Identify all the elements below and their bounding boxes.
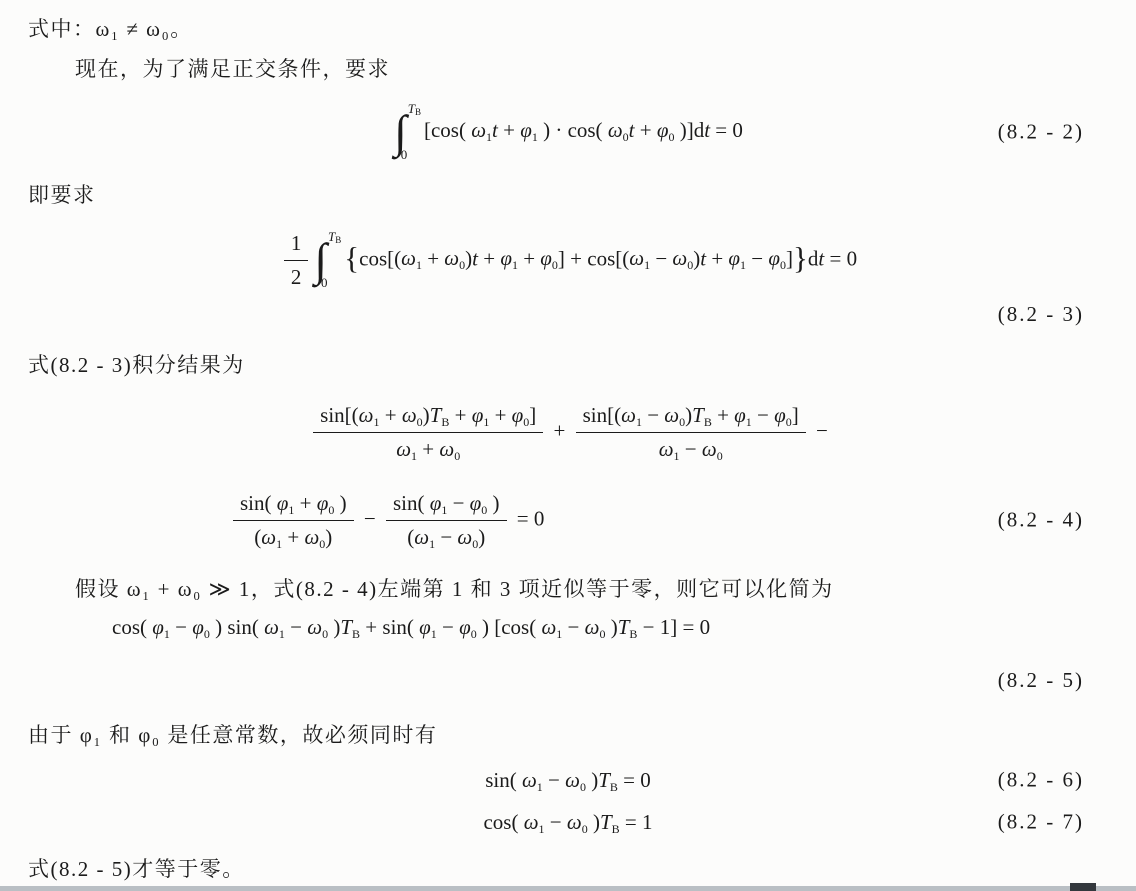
math-text: − <box>642 403 664 427</box>
math-text: ] <box>792 403 799 427</box>
math-text: ) <box>423 403 430 427</box>
math-variable-subscripted: φ0 <box>470 491 488 515</box>
math-variable-subscripted: φ1 <box>520 118 538 142</box>
math-variable-subscripted: ω0 <box>664 403 685 427</box>
math-text: = 0 <box>618 768 651 792</box>
math-variable-subscripted: φ1 <box>734 403 752 427</box>
equation-8-2-6: sin( ω1 − ω0 )TB = 0 <box>485 768 651 793</box>
math-text: ) <box>605 615 617 639</box>
math-variable-subscripted: ω0 <box>444 246 465 270</box>
math-text: = 0 <box>824 246 857 270</box>
math-text: 1 <box>291 231 302 255</box>
math-variable-subscripted: φ0 <box>459 615 477 639</box>
math-variable-subscripted: TB <box>600 810 620 834</box>
math-text: cos( <box>483 810 523 834</box>
math-text: + <box>712 403 734 427</box>
math-variable-subscripted: TB <box>618 615 638 639</box>
math-variable-subscripted: φ1 <box>500 246 518 270</box>
math-text: 0 <box>401 147 408 162</box>
equation-row-8-2-2: ∫TB0[cos( ω1t + φ1 ) · cos( ω0t + φ0 )]d… <box>0 96 1136 168</box>
math-text: ) <box>586 768 598 792</box>
math-variable-subscripted: φ1 <box>277 491 295 515</box>
math-variable-subscripted: ω1 <box>541 615 562 639</box>
math-text: + <box>282 525 304 549</box>
math-variable-subscripted: φ0 <box>657 118 675 142</box>
math-variable-subscripted: ω1 <box>359 403 380 427</box>
math-variable-subscripted: TB <box>408 101 421 116</box>
math-variable-subscripted: ω1 <box>401 246 422 270</box>
math-text: ) <box>334 491 346 515</box>
paragraph-where-clause: 式中：ω₁ ≠ ω₀。 <box>28 14 1136 44</box>
equation-8-2-3: 12∫TB0{cos[(ω1 + ω0)t + φ1 + φ0] + cos[(… <box>279 231 857 290</box>
math-text: cos( <box>112 615 152 639</box>
math-variable-subscripted: ω0 <box>307 615 328 639</box>
equation-row-8-2-4-line1: sin[(ω1 + ω0)TB + φ1 + φ0]ω1 + ω0 + sin[… <box>0 390 1136 474</box>
math-text: + <box>417 437 439 461</box>
equation-label-8-2-5: (8.2 - 5) <box>0 668 1136 698</box>
math-variable-subscripted: ω1 <box>264 615 285 639</box>
math-text: = 0 <box>710 118 743 142</box>
math-variable-subscripted: ω1 <box>414 525 435 549</box>
paragraph-conclusion: 式(8.2 - 5)才等于零。 <box>28 854 1136 884</box>
math-text: + <box>518 246 540 270</box>
math-text: − <box>746 246 768 270</box>
math-variable-subscripted: ω0 <box>304 525 325 549</box>
integral: ∫TB0 <box>394 104 421 160</box>
math-text: − <box>545 810 567 834</box>
math-variable-subscripted: ω0 <box>402 403 423 427</box>
math-text: ) sin( <box>210 615 264 639</box>
equation-8-2-4-line2: sin( φ1 + φ0 )(ω1 + ω0) − sin( φ1 − φ0 )… <box>228 491 544 550</box>
math-text: sin( <box>240 491 277 515</box>
math-text: + <box>489 403 511 427</box>
math-fraction: sin[(ω1 + ω0)TB + φ1 + φ0]ω1 + ω0 <box>313 403 543 462</box>
paragraph-namely: 即要求 <box>28 180 1136 210</box>
math-text: + <box>498 118 520 142</box>
math-text: + <box>634 118 656 142</box>
math-text: − <box>437 615 459 639</box>
math-text: ) <box>328 615 340 639</box>
math-text: sin( <box>485 768 522 792</box>
math-text: + <box>706 246 728 270</box>
math-variable-subscripted: φ0 <box>512 403 530 427</box>
math-text: d <box>808 246 819 270</box>
math-text: + <box>294 491 316 515</box>
math-text: − <box>543 768 565 792</box>
math-variable-subscripted: TB <box>430 403 450 427</box>
math-text: ) <box>487 491 499 515</box>
math-fraction: sin( φ1 − φ0 )(ω1 − ω0) <box>386 491 507 550</box>
paragraph-integration-result: 式(8.2 - 3)积分结果为 <box>28 350 1136 380</box>
math-text: ] + cos[( <box>558 246 629 270</box>
equation-row-8-2-5: cos( φ1 − φ0 ) sin( ω1 − ω0 )TB + sin( φ… <box>0 610 1136 644</box>
equation-8-2-2: ∫TB0[cos( ω1t + φ1 ) · cos( ω0t + φ0 )]d… <box>393 104 743 160</box>
integral: ∫TB0 <box>314 232 341 288</box>
math-variable-subscripted: ω0 <box>439 437 460 461</box>
math-text: ] <box>786 246 793 270</box>
equation-label-8-2-4: (8.2 - 4) <box>998 508 1084 533</box>
math-text: cos[( <box>359 246 401 270</box>
equation-row-8-2-7: cos( ω1 − ω0 )TB = 1 (8.2 - 7) <box>0 806 1136 838</box>
math-text: 0 <box>321 275 328 290</box>
math-variable-subscripted: φ0 <box>768 246 786 270</box>
math-variable-subscripted: φ0 <box>192 615 210 639</box>
math-variable-subscripted: ω0 <box>567 810 588 834</box>
math-text: + <box>422 246 444 270</box>
math-variable-subscripted: φ1 <box>472 403 490 427</box>
equation-row-8-2-3: 12∫TB0{cos[(ω1 + ω0)t + φ1 + φ0] + cos[(… <box>0 218 1136 302</box>
scan-corner-mark <box>1070 883 1096 891</box>
paragraph-orthogonality-requirement: 现在，为了满足正交条件，要求 <box>75 54 1136 84</box>
math-variable-subscripted: ω0 <box>565 768 586 792</box>
math-variable-subscripted: ω1 <box>629 246 650 270</box>
math-text: sin[( <box>320 403 359 427</box>
math-text: − <box>359 506 381 530</box>
math-text: ) <box>588 810 600 834</box>
math-variable-subscripted: TB <box>328 229 341 244</box>
scan-edge-bar <box>0 886 1136 891</box>
math-variable-subscripted: ω0 <box>457 525 478 549</box>
math-variable-subscripted: ω1 <box>524 810 545 834</box>
math-text: 2 <box>291 265 302 289</box>
math-variable-subscripted: φ0 <box>774 403 792 427</box>
math-text: + <box>548 418 570 442</box>
equation-8-2-4-line1: sin[(ω1 + ω0)TB + φ1 + φ0]ω1 + ω0 + sin[… <box>308 403 828 462</box>
math-variable-subscripted: TB <box>340 615 360 639</box>
math-text: − <box>285 615 307 639</box>
math-text: − <box>170 615 192 639</box>
math-variable-subscripted: ω0 <box>608 118 629 142</box>
math-variable-subscripted: φ1 <box>430 491 448 515</box>
math-text: − 1] = 0 <box>637 615 710 639</box>
math-variable-subscripted: TB <box>692 403 712 427</box>
math-text: − <box>562 615 584 639</box>
math-text: − <box>811 418 828 442</box>
equation-8-2-7: cos( ω1 − ω0 )TB = 1 <box>483 810 652 835</box>
math-text: ) <box>478 525 485 549</box>
math-variable-subscripted: φ1 <box>728 246 746 270</box>
math-text: + <box>379 403 401 427</box>
math-brace: { <box>344 240 359 275</box>
math-text: + sin( <box>360 615 419 639</box>
math-text: ] <box>529 403 536 427</box>
math-text: + <box>478 246 500 270</box>
math-fraction: 12 <box>284 231 309 290</box>
math-variable-subscripted: ω1 <box>396 437 417 461</box>
math-fraction: sin[(ω1 − ω0)TB + φ1 − φ0]ω1 − ω0 <box>576 403 806 462</box>
math-text: = 1 <box>620 810 653 834</box>
math-variable-subscripted: ω1 <box>659 437 680 461</box>
math-text: = 0 <box>512 506 545 530</box>
math-variable-subscripted: φ0 <box>317 491 335 515</box>
equation-row-8-2-4-line2: sin( φ1 + φ0 )(ω1 + ω0) − sin( φ1 − φ0 )… <box>0 482 1136 558</box>
math-text: ) <box>325 525 332 549</box>
math-text: sin[( <box>583 403 622 427</box>
math-variable-subscripted: φ1 <box>152 615 170 639</box>
equation-row-8-2-6: sin( ω1 − ω0 )TB = 0 (8.2 - 6) <box>0 764 1136 796</box>
math-variable-subscripted: ω1 <box>621 403 642 427</box>
paragraph-assumption: 假设 ω₁ + ω₀ ≫ 1，式(8.2 - 4)左端第 1 和 3 项近似等于… <box>75 574 1136 604</box>
math-brace: } <box>793 240 808 275</box>
document-page: 式中：ω₁ ≠ ω₀。 现在，为了满足正交条件，要求 ∫TB0[cos( ω1t… <box>0 0 1136 891</box>
math-text: − <box>752 403 774 427</box>
math-text: ) [cos( <box>477 615 542 639</box>
math-fraction: sin( φ1 + φ0 )(ω1 + ω0) <box>233 491 354 550</box>
math-text: − <box>650 246 672 270</box>
math-text: )]d <box>674 118 704 142</box>
math-variable-subscripted: ω1 <box>261 525 282 549</box>
equation-label-8-2-7: (8.2 - 7) <box>998 810 1084 835</box>
math-variable-subscripted: ω0 <box>702 437 723 461</box>
math-text: − <box>447 491 469 515</box>
math-variable-subscripted: ω1 <box>522 768 543 792</box>
math-variable-subscripted: φ1 <box>419 615 437 639</box>
equation-label-8-2-3: (8.2 - 3) <box>0 302 1136 332</box>
equation-label-8-2-6: (8.2 - 6) <box>998 768 1084 793</box>
math-text: + <box>449 403 471 427</box>
paragraph-arbitrary-constants: 由于 φ₁ 和 φ₀ 是任意常数，故必须同时有 <box>28 720 1136 750</box>
math-variable-subscripted: TB <box>598 768 618 792</box>
math-variable-subscripted: φ0 <box>540 246 558 270</box>
math-text: ) · cos( <box>538 118 608 142</box>
math-text: − <box>680 437 702 461</box>
math-variable-subscripted: ω0 <box>585 615 606 639</box>
math-text: sin( <box>393 491 430 515</box>
math-text: [cos( <box>424 118 471 142</box>
math-variable-subscripted: ω1 <box>471 118 492 142</box>
equation-8-2-5: cos( φ1 − φ0 ) sin( ω1 − ω0 )TB + sin( φ… <box>112 615 710 640</box>
math-text: − <box>435 525 457 549</box>
equation-label-8-2-2: (8.2 - 2) <box>998 120 1084 145</box>
math-variable-subscripted: ω0 <box>672 246 693 270</box>
